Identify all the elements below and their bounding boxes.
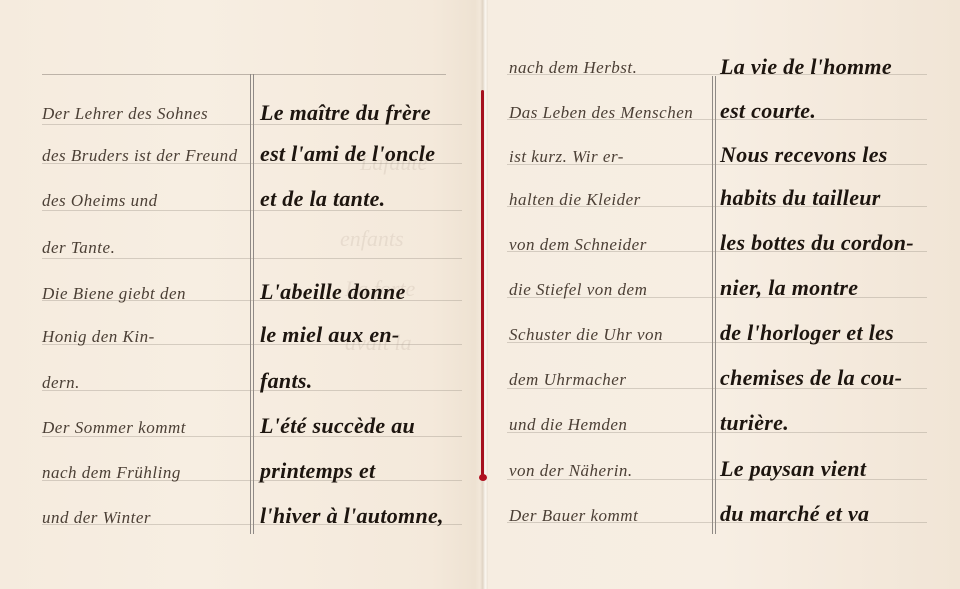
- right-page: nach dem Herbst. Das Leben des Menschen …: [487, 0, 960, 589]
- french-line: les bottes du cordon-: [720, 230, 914, 256]
- notebook-spread: Lafaute enfants La forte avait la Der Le…: [0, 0, 960, 589]
- german-line: halten die Kleider: [509, 190, 641, 210]
- german-line: dem Uhrmacher: [509, 370, 626, 390]
- binding-thread: [481, 90, 484, 478]
- column-divider-double: [715, 76, 716, 534]
- french-line: printemps et: [260, 458, 375, 484]
- german-line: Die Biene giebt den: [42, 284, 186, 304]
- french-line: de l'horloger et les: [720, 320, 894, 346]
- french-line: le miel aux en-: [260, 322, 400, 348]
- german-line: ist kurz. Wir er-: [509, 147, 624, 167]
- german-line: Honig den Kin-: [42, 327, 155, 347]
- french-line: Le maître du frère: [260, 100, 431, 126]
- french-line: La vie de l'homme: [720, 54, 892, 80]
- left-page: Lafaute enfants La forte avait la Der Le…: [0, 0, 482, 589]
- german-line: von der Näherin.: [509, 461, 633, 481]
- german-line: von dem Schneider: [509, 235, 647, 255]
- french-line: turière.: [720, 410, 789, 436]
- german-line: Schuster die Uhr von: [509, 325, 663, 345]
- french-line: habits du tailleur: [720, 185, 881, 211]
- column-divider: [712, 76, 713, 534]
- french-line: fants.: [260, 368, 313, 394]
- french-line: est courte.: [720, 98, 816, 124]
- german-line: dern.: [42, 373, 80, 393]
- ruled-line: [42, 258, 462, 259]
- german-line: Der Lehrer des Sohnes: [42, 104, 208, 124]
- german-line: der Tante.: [42, 238, 115, 258]
- german-line: Das Leben des Menschen: [509, 103, 693, 123]
- french-line: Le paysan vient: [720, 456, 866, 482]
- column-divider: [250, 74, 251, 534]
- french-line: L'abeille donne: [260, 279, 406, 305]
- french-line: du marché et va: [720, 501, 869, 527]
- french-line: et de la tante.: [260, 186, 385, 212]
- french-line: nier, la montre: [720, 275, 858, 301]
- german-line: die Stiefel von dem: [509, 280, 647, 300]
- french-line: chemises de la cou-: [720, 365, 902, 391]
- german-line: Der Bauer kommt: [509, 506, 638, 526]
- german-line: des Oheims und: [42, 191, 158, 211]
- german-line: nach dem Herbst.: [509, 58, 637, 78]
- french-line: L'été succède au: [260, 413, 415, 439]
- german-line: des Bruders ist der Freund: [42, 146, 238, 166]
- bleed-through-text: enfants: [340, 226, 404, 252]
- top-rule-line: [42, 74, 446, 75]
- column-divider-double: [253, 74, 254, 534]
- french-line: l'hiver à l'automne,: [260, 503, 444, 529]
- french-line: est l'ami de l'oncle: [260, 141, 435, 167]
- binding-thread-knot: [479, 474, 487, 481]
- german-line: und die Hemden: [509, 415, 627, 435]
- french-line: Nous recevons les: [720, 142, 888, 168]
- german-line: und der Winter: [42, 508, 151, 528]
- german-line: nach dem Frühling: [42, 463, 181, 483]
- ruled-line: [42, 390, 462, 391]
- german-line: Der Sommer kommt: [42, 418, 186, 438]
